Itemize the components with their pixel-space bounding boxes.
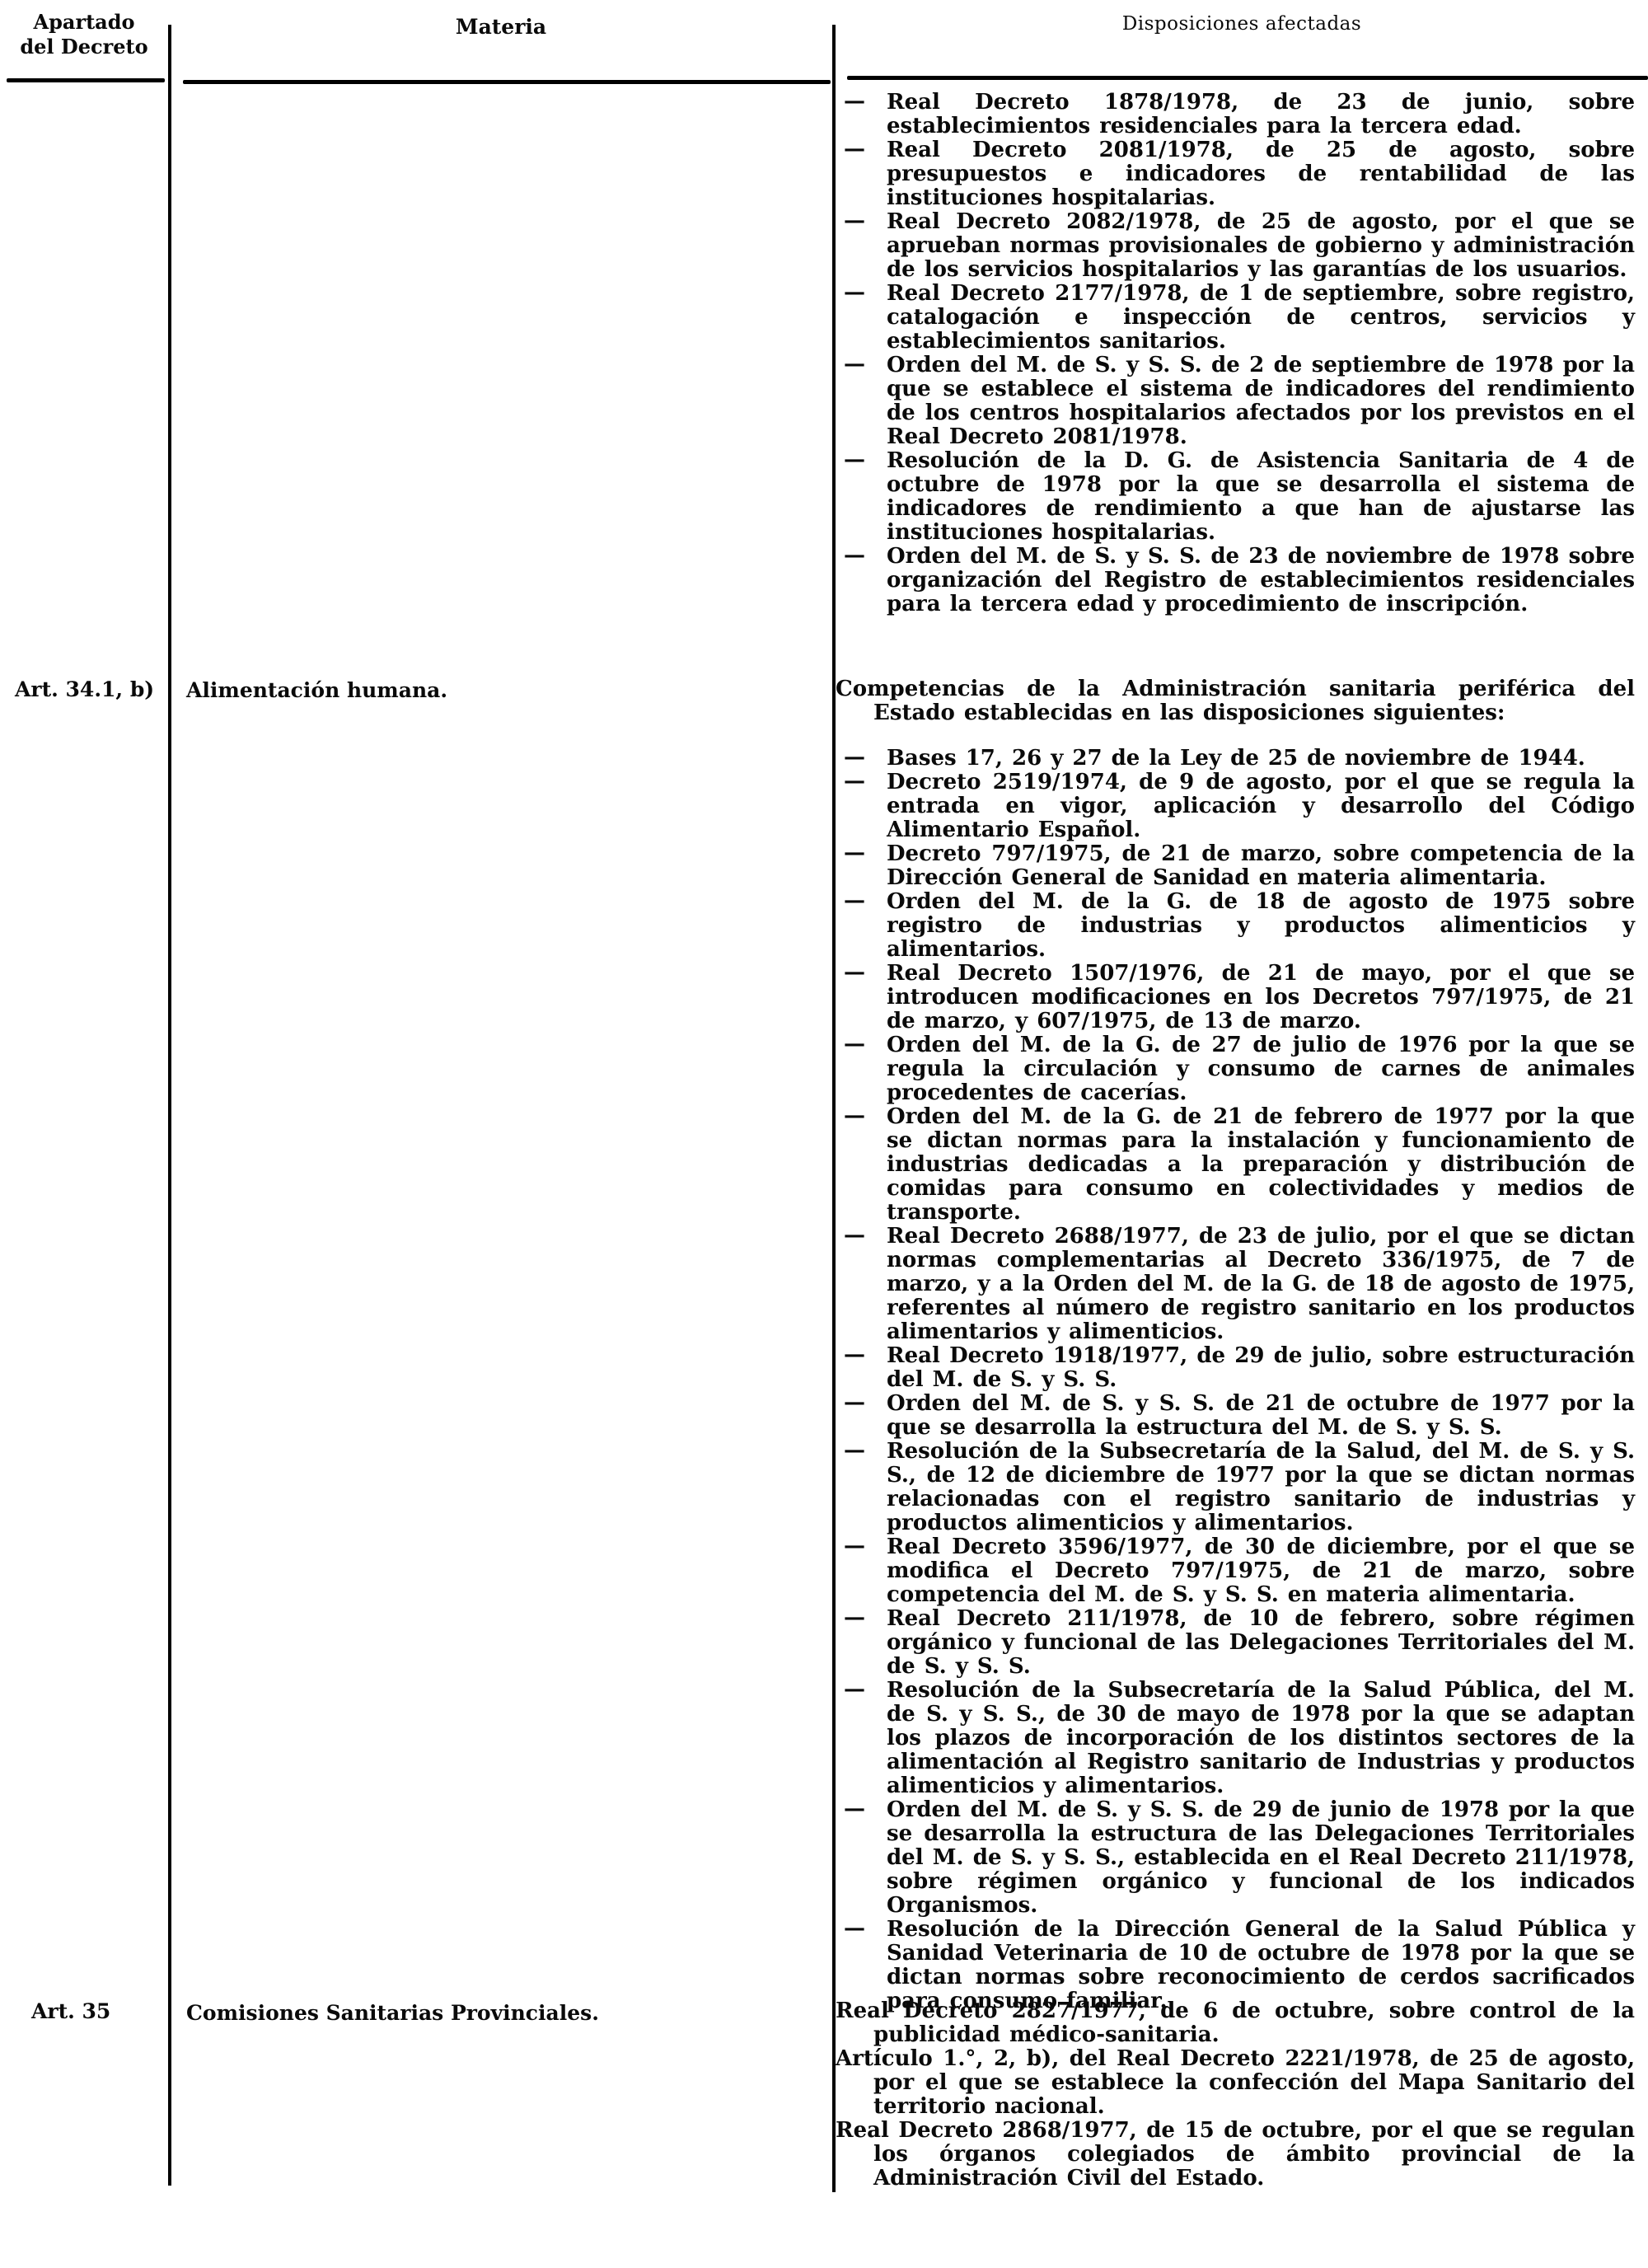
disposiciones-list: Real Decreto 1878/1978, de 23 de junio, … — [836, 91, 1635, 616]
disposiciones-list: Bases 17, 26 y 27 de la Ley de 25 de nov… — [836, 747, 1635, 2013]
column-header-apartado-line1: Apartado — [0, 10, 168, 35]
disposicion-item: Real Decreto 2688/1977, de 23 de julio, … — [836, 1225, 1635, 1344]
disposicion-paragraph: Artículo 1.°, 2, b), del Real Decreto 22… — [836, 2047, 1635, 2119]
disposicion-item: Real Decreto 1878/1978, de 23 de junio, … — [836, 91, 1635, 138]
column-header-apartado-line2: del Decreto — [0, 35, 168, 59]
disposicion-item: Real Decreto 1507/1976, de 21 de mayo, p… — [836, 962, 1635, 1033]
header-rule-materia — [183, 80, 831, 84]
column-header-apartado: Apartado del Decreto — [0, 10, 168, 59]
materia-cell-alimentacion-humana: Alimentación humana. — [186, 678, 821, 702]
apartado-cell-art-34-1-b: Art. 34.1, b) — [15, 677, 154, 701]
disposicion-item: Orden del M. de S. y S. S. de 23 de novi… — [836, 545, 1635, 616]
disposicion-item: Orden del M. de S. y S. S. de 2 de septi… — [836, 354, 1635, 449]
disposicion-item: Real Decreto 2082/1978, de 25 de agosto,… — [836, 210, 1635, 282]
disposicion-paragraph: Real Decreto 2868/1977, de 15 de octubre… — [836, 2119, 1635, 2191]
column-header-materia: Materia — [171, 15, 831, 39]
header-rule-disposiciones — [847, 76, 1648, 80]
disposiciones-cell-row2: Competencias de la Administración sanita… — [836, 677, 1635, 2013]
disposicion-item: Real Decreto 211/1978, de 10 de febrero,… — [836, 1607, 1635, 1679]
disposicion-item: Resolución de la Subsecretaría de la Sal… — [836, 1679, 1635, 1798]
disposicion-item: Orden del M. de la G. de 21 de febrero d… — [836, 1105, 1635, 1225]
disposicion-paragraph: Real Decreto 2827/1977, de 6 de octubre,… — [836, 1999, 1635, 2047]
disposicion-item: Resolución de la D. G. de Asistencia San… — [836, 449, 1635, 545]
materia-cell-comisiones-sanitarias: Comisiones Sanitarias Provinciales. — [186, 2001, 821, 2025]
disposicion-item: Real Decreto 2177/1978, de 1 de septiemb… — [836, 282, 1635, 354]
disposicion-item: Decreto 2519/1974, de 9 de agosto, por e… — [836, 771, 1635, 842]
header-rule-apartado — [7, 78, 165, 82]
column-divider-left — [168, 25, 171, 2186]
disposicion-item: Resolución de la Subsecretaría de la Sal… — [836, 1440, 1635, 1535]
disposiciones-paragraphs: Real Decreto 2827/1977, de 6 de octubre,… — [836, 1999, 1635, 2191]
document-page: Apartado del Decreto Materia Disposicion… — [0, 0, 1648, 2268]
disposicion-item: Orden del M. de S. y S. S. de 21 de octu… — [836, 1392, 1635, 1440]
disposicion-item: Real Decreto 3596/1977, de 30 de diciemb… — [836, 1535, 1635, 1607]
disposicion-item: Decreto 797/1975, de 21 de marzo, sobre … — [836, 842, 1635, 890]
disposicion-item: Real Decreto 2081/1978, de 25 de agosto,… — [836, 138, 1635, 210]
disposicion-item: Orden del M. de la G. de 18 de agosto de… — [836, 890, 1635, 962]
disposiciones-cell-row3: Real Decreto 2827/1977, de 6 de octubre,… — [836, 1999, 1635, 2191]
disposicion-item: Bases 17, 26 y 27 de la Ley de 25 de nov… — [836, 747, 1635, 771]
disposiciones-intro: Competencias de la Administración sanita… — [836, 677, 1635, 725]
disposicion-item: Real Decreto 1918/1977, de 29 de julio, … — [836, 1344, 1635, 1392]
apartado-cell-art-35: Art. 35 — [31, 1999, 110, 2023]
disposicion-item: Orden del M. de la G. de 27 de julio de … — [836, 1033, 1635, 1105]
column-header-disposiciones: Disposiciones afectadas — [836, 13, 1648, 35]
disposiciones-cell-row1: Real Decreto 1878/1978, de 23 de junio, … — [836, 91, 1635, 616]
disposicion-item: Orden del M. de S. y S. S. de 29 de juni… — [836, 1798, 1635, 1918]
